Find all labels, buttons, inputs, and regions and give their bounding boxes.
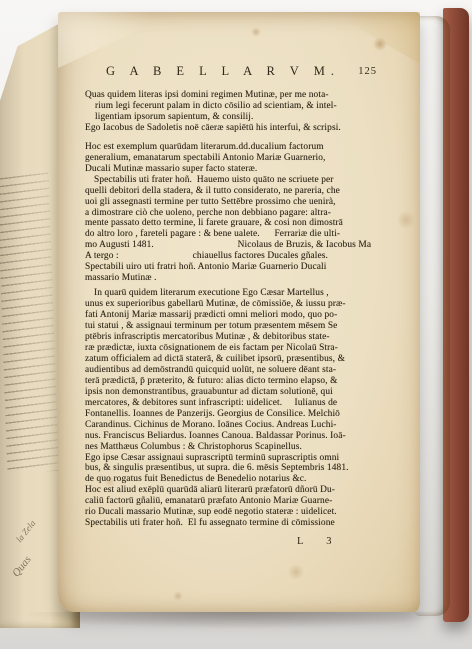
text-line: mo Augusti 1481. Nicolaus de Bruzis, & I…	[85, 240, 421, 251]
text-line: a dimostrare ciò che uoleno, perche non …	[85, 208, 421, 219]
text-line: ptēbris infrascriptis mercatoribus Mutin…	[85, 332, 421, 343]
text-line: Hoc est aliud exēplū quarūdā aliarū lite…	[85, 485, 421, 496]
running-header: G A B E L L A R V M. 125	[85, 64, 421, 80]
text-line: massario Mutinæ .	[85, 273, 421, 284]
text-line: Ducali Mutinæ massario super facto state…	[85, 164, 421, 175]
text-line: ræ prædictæ, iuxta cōsignationem de eis …	[85, 343, 421, 354]
text-line: nus. Franciscus Beliardus. Ioannes Canou…	[85, 431, 421, 442]
text-line: Fontanellis. Ioannes de Panzerijs. Georg…	[85, 409, 421, 420]
text-line: do altro loro , fareteli pagare : & bene…	[85, 229, 421, 240]
book-page: G A B E L L A R V M. 125 Quas quidem lit…	[58, 12, 420, 612]
text-line: ipsis non demonstrantibus, grauabuntur a…	[85, 387, 421, 398]
text-line: Spectabilis uti frater hoñ. El fu assegn…	[85, 518, 421, 529]
text-line: nes Matthæus Columbus : & Christophorus …	[85, 442, 421, 453]
text-line: Spectabilis uti frater hoñ. Hauemo uisto…	[85, 175, 421, 186]
page-corner-fold	[330, 12, 420, 64]
text-line: bus, & singulis præsentibus, ut supra. d…	[85, 463, 421, 474]
text-line: A tergo : chiauellus factores Ducales gñ…	[85, 251, 421, 262]
page-number: 125	[358, 66, 377, 77]
text-line: caliū factorū gñaliū, emanatarū præfato …	[85, 496, 421, 507]
photo-of-open-book: la Zela Quas G A B E L L A R V M. 125 Qu…	[0, 0, 472, 649]
text-line: mercatores, & debitores sunt infrascript…	[85, 398, 421, 409]
text-line: In quarū quidem literarum executione Ego…	[85, 288, 421, 299]
text-line: rium legi fecerunt palam in dicto cōsili…	[85, 101, 421, 112]
text-line: audientibus ad demōstrandū quicquid uolū…	[85, 365, 421, 376]
text-line: mente passato detto termine, li farete g…	[85, 218, 421, 229]
text-line: Spectabili uiro uti fratri hoñ. Antonio …	[85, 262, 421, 273]
text-line: Hoc est exemplum quarūdam literarum.dd.d…	[85, 142, 421, 153]
text-line: rio Ducali massario Mutinæ, sup eodē neg…	[85, 507, 421, 518]
text-line: tui statui , & assignaui terminum per to…	[85, 321, 421, 332]
facing-page-ghost-text	[0, 171, 59, 473]
text-block: Quas quidem literas ipsi domini regimen …	[85, 90, 421, 529]
text-line: Ego Iacobus de Sadoletis noē cāeræ sapiē…	[85, 123, 421, 134]
text-line: Carandinus. Cichinus de Morano. Ioānes C…	[85, 420, 421, 431]
text-line: Ego ipse Cæsar assignaui suprascriptū te…	[85, 453, 421, 464]
text-line: zatum officialem ad dictā staterā, & cui…	[85, 354, 421, 365]
book-shadow	[30, 612, 450, 628]
text-line: quelli debitori della stadera, & il tutt…	[85, 186, 421, 197]
text-line: Quas quidem literas ipsi domini regimen …	[85, 90, 421, 101]
text-line: de quo rogatus fuit Benedictus de Benede…	[85, 474, 421, 485]
running-header-title: G A B E L L A R V M.	[85, 64, 361, 79]
signature-mark: L 3	[297, 536, 332, 547]
text-line: uoi gli assegnasti termine per tutto Set…	[85, 197, 421, 208]
text-line: generalium, emanatarum spectabili Antoni…	[85, 153, 421, 164]
text-line: unus ex superioribus gabellarū Mutinæ, d…	[85, 299, 421, 310]
text-line: fati Antonij Mariæ massarij prædicti omn…	[85, 310, 421, 321]
page-corner-fold	[58, 12, 178, 68]
text-line: ligentiam ipsorum sapientum, & consilij.	[85, 112, 421, 123]
text-line: terā prædictā, p̄ præterito, & futuro: a…	[85, 376, 421, 387]
